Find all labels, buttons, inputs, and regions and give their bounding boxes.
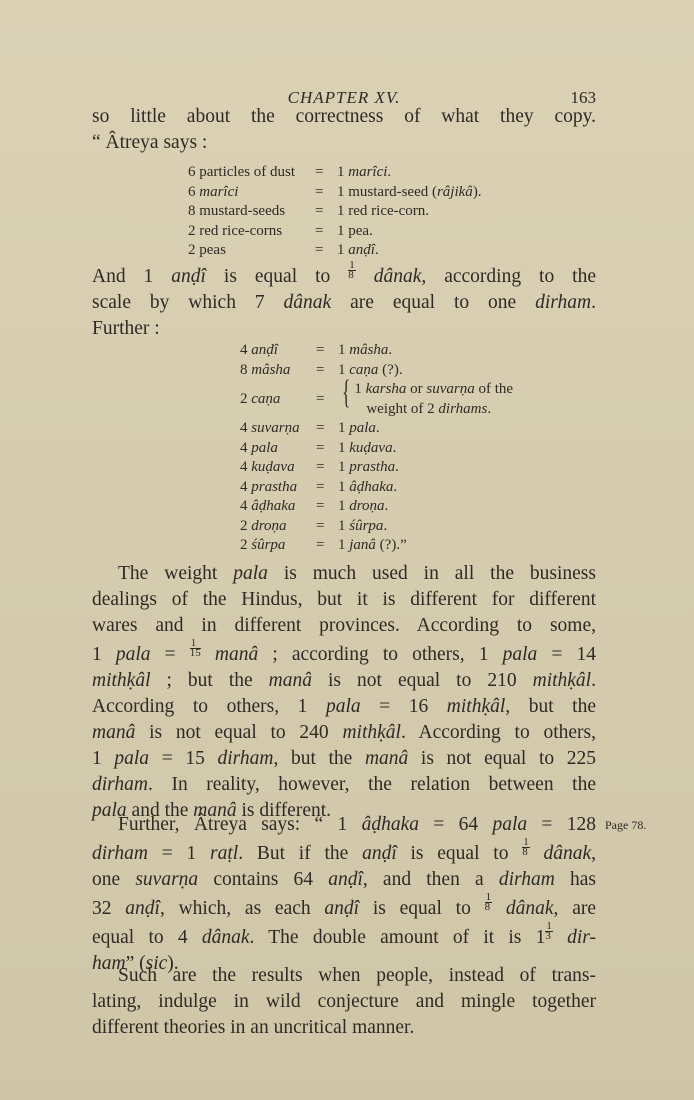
term: caṇa — [251, 391, 280, 407]
measures-table-2: 4 anḍî = 1 mâsha. 8 mâsha = 1 caṇa (?). … — [240, 341, 513, 556]
text-line: one suvarṇa contains 64 anḍî, and then a… — [92, 867, 596, 893]
term: râjikâ — [437, 184, 473, 200]
paragraph-intro: so little about the correctness of what … — [92, 104, 596, 156]
equals-sign: = — [316, 458, 338, 478]
table-lhs: 4 pala — [240, 439, 316, 459]
text-line: dealings of the Hindus, but it is differ… — [92, 587, 596, 613]
text-line: “ Âtreya says : — [92, 130, 596, 156]
table-rhs: 1 droṇa. — [338, 497, 388, 517]
table-rhs: 1 âḍhaka. — [338, 478, 397, 498]
term: raṭl — [210, 843, 238, 864]
table-lhs: 4 prastha — [240, 478, 316, 498]
term: dirhams — [438, 401, 487, 417]
term: caṇa — [349, 362, 378, 378]
table-rhs: 1 janâ (?).” — [338, 536, 407, 556]
term: anḍî — [324, 898, 359, 919]
table-row: 8 mâsha = 1 caṇa (?). — [240, 361, 513, 381]
table-lhs: 2 red rice-corns — [188, 222, 315, 242]
term: dânak — [284, 292, 332, 313]
fraction-one-eighth: 18 — [522, 838, 530, 857]
text-line: The weight pala is much used in all the … — [92, 561, 596, 587]
term: dânak — [374, 266, 422, 287]
term: pala — [503, 644, 538, 665]
term: kuḍava — [251, 459, 294, 475]
table-lhs: 4 kuḍava — [240, 458, 316, 478]
term: śûrpa — [251, 537, 285, 553]
table-rhs-line: weight of 2 dirhams. — [354, 400, 513, 420]
term: anḍî — [251, 342, 278, 358]
text-line: dirham = 1 raṭl. But if the anḍî is equa… — [92, 838, 596, 867]
term: prastha — [349, 459, 395, 475]
term: manâ — [215, 644, 258, 665]
table-lhs: 4 suvarṇa — [240, 419, 316, 439]
text-line: And 1 anḍî is equal to 18 dânak, accordi… — [92, 261, 596, 290]
term: âḍhaka — [362, 814, 419, 835]
table-row: 4 âḍhaka = 1 droṇa. — [240, 497, 513, 517]
text-line: 32 anḍî, which, as each anḍî is equal to… — [92, 893, 596, 922]
fraction-one-eighth: 18 — [485, 893, 493, 912]
brace-glyph: { — [342, 376, 350, 419]
table-rhs: 1 śûrpa. — [338, 517, 387, 537]
term: pala — [116, 644, 151, 665]
term: pala — [326, 696, 361, 717]
term: suvarṇa — [251, 420, 299, 436]
term: dirham — [499, 869, 555, 890]
table-rhs: 1 red rice-corn. — [337, 202, 429, 222]
margin-note: Page 78. — [605, 818, 646, 833]
table-lhs: 8 mâsha — [240, 361, 316, 381]
term: kuḍava — [349, 440, 392, 456]
term: dânak — [506, 898, 554, 919]
term: karsha — [366, 381, 407, 397]
equals-sign: = — [316, 517, 338, 537]
table-rhs-line: 1 karsha or suvarṇa of the — [354, 380, 513, 400]
term: dirham — [217, 748, 273, 769]
term: anḍî — [348, 242, 375, 258]
table-lhs: 4 âḍhaka — [240, 497, 316, 517]
term: dirham — [92, 843, 148, 864]
term: âḍhaka — [349, 479, 393, 495]
term: manâ — [269, 670, 312, 691]
table-row: 2 peas = 1 anḍî. — [188, 241, 482, 261]
term: pala — [114, 748, 149, 769]
term: pala — [251, 440, 278, 456]
term: manâ — [92, 722, 135, 743]
table-row: 2 caṇa = { 1 karsha or suvarṇa of the we… — [240, 380, 513, 419]
equals-sign: = — [316, 419, 338, 439]
term: âḍhaka — [251, 498, 295, 514]
term: manâ — [365, 748, 408, 769]
term: dir- — [567, 927, 596, 948]
equals-sign: = — [315, 241, 337, 261]
equals-sign: = — [315, 222, 337, 242]
paragraph-conclusion: Such are the results when people, instea… — [92, 963, 596, 1041]
table-rhs: 1 pala. — [338, 419, 380, 439]
text-line: scale by which 7 dânak are equal to one … — [92, 290, 596, 316]
term: pala — [492, 814, 527, 835]
paragraph-andi-danak: And 1 anḍî is equal to 18 dânak, accordi… — [92, 261, 596, 342]
equals-sign: = — [315, 183, 337, 203]
table-rhs: 1 marîci. — [337, 163, 391, 183]
term: anḍî — [171, 266, 206, 287]
equals-sign: = — [316, 361, 338, 381]
equals-sign: = — [315, 202, 337, 222]
term: mâsha — [251, 362, 290, 378]
term: janâ — [349, 537, 376, 553]
term: dânak — [202, 927, 250, 948]
table-rhs: 1 mâsha. — [338, 341, 392, 361]
equals-sign: = — [316, 439, 338, 459]
fraction-one-fifteenth: 115 — [190, 639, 201, 658]
text-line: lating, indulge in wild conjecture and m… — [92, 989, 596, 1015]
text-line: Further, Âtreya says: “ 1 âḍhaka = 64 pa… — [92, 812, 596, 838]
paragraph-pala: The weight pala is much used in all the … — [92, 561, 596, 824]
table-row: 4 pala = 1 kuḍava. — [240, 439, 513, 459]
table-lhs: 2 droṇa — [240, 517, 316, 537]
text-line: manâ is not equal to 240 mithḳâl. Accord… — [92, 720, 596, 746]
table-rhs: 1 pea. — [337, 222, 373, 242]
text-line: 1 pala = 115 manâ ; according to others,… — [92, 639, 596, 668]
term: anḍî — [328, 869, 363, 890]
text-line: equal to 4 dânak. The double amount of i… — [92, 922, 596, 951]
equals-sign: = — [316, 380, 338, 419]
table-lhs: 2 caṇa — [240, 380, 316, 419]
term: prastha — [251, 479, 297, 495]
term: śûrpa — [349, 518, 383, 534]
table-row: 2 śûrpa = 1 janâ (?).” — [240, 536, 513, 556]
term: mithḳâl — [447, 696, 506, 717]
table-row: 4 prastha = 1 âḍhaka. — [240, 478, 513, 498]
table-lhs: 2 śûrpa — [240, 536, 316, 556]
table-lhs: 8 mustard-seeds — [188, 202, 315, 222]
table-rhs: 1 kuḍava. — [338, 439, 396, 459]
table-rhs-multiline: 1 karsha or suvarṇa of the weight of 2 d… — [354, 380, 513, 419]
table-rhs: 1 mustard-seed (râjikâ). — [337, 183, 482, 203]
term: droṇa — [349, 498, 384, 514]
table-row: 2 red rice-corns = 1 pea. — [188, 222, 482, 242]
text-line: wares and in different provinces. Accord… — [92, 613, 596, 639]
fraction-one-third: 13 — [545, 922, 553, 941]
term: droṇa — [251, 518, 286, 534]
table-row: 4 suvarṇa = 1 pala. — [240, 419, 513, 439]
table-row: 6 marîci = 1 mustard-seed (râjikâ). — [188, 183, 482, 203]
equals-sign: = — [316, 497, 338, 517]
term: mithḳâl — [342, 722, 401, 743]
table-lhs: 2 peas — [188, 241, 315, 261]
term: dânak — [543, 843, 591, 864]
term: dirham — [92, 774, 148, 795]
text-line: so little about the correctness of what … — [92, 104, 596, 130]
term: pala — [349, 420, 376, 436]
table-rhs: 1 anḍî. — [337, 241, 379, 261]
term: suvarṇa — [135, 869, 198, 890]
text-line: 1 pala = 15 dirham, but the manâ is not … — [92, 746, 596, 772]
equals-sign: = — [316, 341, 338, 361]
term: mâsha — [349, 342, 388, 358]
table-lhs: 6 particles of dust — [188, 163, 315, 183]
text-line: Such are the results when people, instea… — [92, 963, 596, 989]
table-row: 4 kuḍava = 1 prastha. — [240, 458, 513, 478]
text-line: mithḳâl ; but the manâ is not equal to 2… — [92, 668, 596, 694]
equals-sign: = — [316, 478, 338, 498]
table-lhs: 4 anḍî — [240, 341, 316, 361]
term: pala — [233, 563, 268, 584]
equals-sign: = — [315, 163, 337, 183]
term: mithḳâl — [533, 670, 592, 691]
term: anḍî — [125, 898, 160, 919]
table-row: 4 anḍî = 1 mâsha. — [240, 341, 513, 361]
text-line: different theories in an uncritical mann… — [92, 1015, 596, 1041]
text-line: According to others, 1 pala = 16 mithḳâl… — [92, 694, 596, 720]
table-row: 6 particles of dust = 1 marîci. — [188, 163, 482, 183]
term: suvarṇa — [426, 381, 474, 397]
text-line: dirham. In reality, however, the relatio… — [92, 772, 596, 798]
table-row: 8 mustard-seeds = 1 red rice-corn. — [188, 202, 482, 222]
measures-table-1: 6 particles of dust = 1 marîci. 6 marîci… — [188, 163, 482, 261]
table-lhs: 6 marîci — [188, 183, 315, 203]
term: marîci — [348, 164, 387, 180]
equals-sign: = — [316, 536, 338, 556]
term: mithḳâl — [92, 670, 151, 691]
fraction-one-eighth: 18 — [348, 261, 356, 280]
table-row: 2 droṇa = 1 śûrpa. — [240, 517, 513, 537]
table-rhs: 1 prastha. — [338, 458, 399, 478]
term: marîci — [199, 184, 238, 200]
paragraph-atreya: Further, Âtreya says: “ 1 âḍhaka = 64 pa… — [92, 812, 596, 977]
book-page: CHAPTER XV. 163 so little about the corr… — [0, 0, 694, 1100]
term: anḍî — [362, 843, 397, 864]
text-line: Further : — [92, 316, 596, 342]
term: dirham — [535, 292, 591, 313]
